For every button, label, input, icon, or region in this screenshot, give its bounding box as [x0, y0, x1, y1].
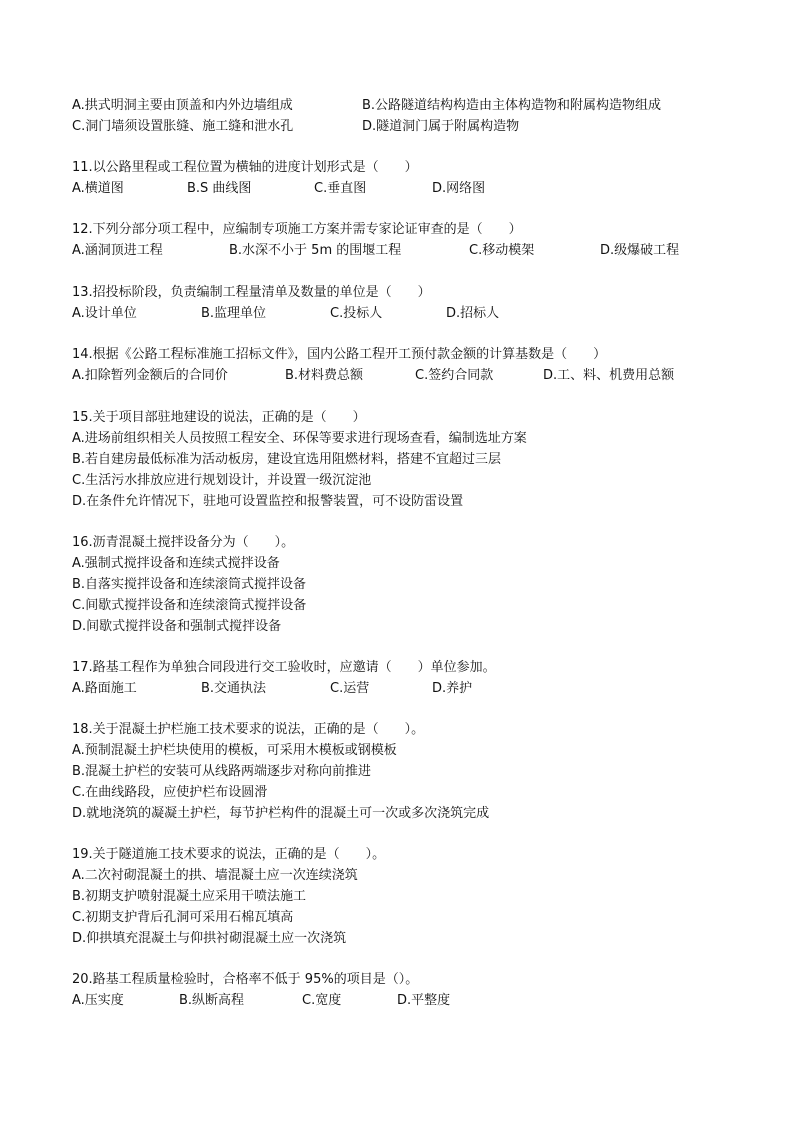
answer-option: C.间歇式搅拌设备和连续滚筒式搅拌设备 [72, 598, 306, 614]
answer-option: B.初期支护喷射混凝土应采用干喷法施工 [72, 889, 306, 905]
answer-option: A.涵洞顶进工程 [72, 243, 163, 259]
question-stem: 14.根据《公路工程标准施工招标文件》，国内公路工程开工预付款金额的计算基数是（… [72, 347, 606, 363]
answer-option: A.预制混凝土护栏块使用的模板，可采用木模板或钢模板 [72, 743, 397, 759]
question-stem: 13.招投标阶段，负责编制工程量清单及数量的单位是（ ） [72, 285, 431, 301]
question-stem: 12.下列分部分项工程中，应编制专项施工方案并需专家论证审查的是（ ） [72, 222, 522, 238]
answer-option: A.强制式搅拌设备和连续式搅拌设备 [72, 556, 280, 572]
question-stem: 15.关于项目部驻地建设的说法，正确的是（ ） [72, 410, 366, 426]
question-stem: 19.关于隧道施工技术要求的说法，正确的是（ ）。 [72, 847, 385, 863]
answer-option: C.垂直图 [314, 181, 366, 197]
answer-option: C.移动模架 [469, 243, 534, 259]
answer-option: B.混凝土护栏的安装可从线路两端逐步对称向前推进 [72, 764, 371, 780]
answer-option: A.压实度 [72, 993, 124, 1009]
answer-option: B.纵断高程 [179, 993, 244, 1009]
answer-option: B.自落实搅拌设备和连续滚筒式搅拌设备 [72, 577, 306, 593]
answer-option: A.进场前组织相关人员按照工程安全、环保等要求进行现场查看，编制选址方案 [72, 431, 527, 447]
answer-option: D.就地浇筑的凝凝土护栏，每节护栏构件的混凝土可一次或多次浇筑完成 [72, 806, 489, 822]
question-stem: 16.沥青混凝土搅拌设备分为（ ）。 [72, 535, 294, 551]
answer-option: D.工、料、机费用总额 [543, 368, 674, 384]
answer-option: A.扣除暂列金额后的合同价 [72, 368, 228, 384]
question-stem: 17.路基工程作为单独合同段进行交工验收时，应邀请（ ）单位参加。 [72, 660, 496, 676]
answer-option: D.招标人 [446, 306, 499, 322]
question-stem: 20.路基工程质量检验时，合格率不低于 95%的项目是（）。 [72, 972, 418, 988]
answer-option: A.二次衬砌混凝土的拱、墙混凝土应一次连续浇筑 [72, 868, 358, 884]
answer-option: C.宽度 [302, 993, 341, 1009]
answer-option: A.设计单位 [72, 306, 137, 322]
answer-option: A.横道图 [72, 181, 124, 197]
answer-option: D.网络图 [432, 181, 485, 197]
question-stem: 18.关于混凝土护栏施工技术要求的说法，正确的是（ ）。 [72, 722, 424, 738]
question-stem: 11.以公路里程或工程位置为横轴的进度计划形式是（ ） [72, 160, 418, 176]
answer-option: D.级爆破工程 [600, 243, 679, 259]
answer-option: D.平整度 [397, 993, 450, 1009]
answer-option: B.监理单位 [201, 306, 266, 322]
answer-option: B.S 曲线图 [187, 181, 251, 197]
answer-option: A.路面施工 [72, 681, 137, 697]
answer-option: D.在条件允许情况下，驻地可设置监控和报警装置，可不设防雷设置 [72, 494, 463, 510]
answer-option: D.仰拱填充混凝土与仰拱衬砌混凝土应一次浇筑 [72, 931, 346, 947]
answer-option: C.投标人 [330, 306, 382, 322]
answer-option: B.公路隧道结构构造由主体构造物和附属构造物组成 [362, 98, 661, 114]
answer-option: D.隧道洞门属于附属构造物 [362, 119, 519, 135]
answer-option: B.交通执法 [201, 681, 266, 697]
answer-option: C.运营 [330, 681, 369, 697]
answer-option: B.若自建房最低标准为活动板房，建设宜选用阻燃材料，搭建不宜超过三层 [72, 452, 501, 468]
answer-option: D.间歇式搅拌设备和强制式搅拌设备 [72, 619, 281, 635]
answer-option: C.在曲线路段，应使护栏布设圆滑 [72, 785, 267, 801]
answer-option: C.初期支护背后孔洞可采用石棉瓦填高 [72, 910, 293, 926]
answer-option: A.拱式明洞主要由顶盖和内外边墙组成 [72, 98, 293, 114]
answer-option: D.养护 [432, 681, 472, 697]
answer-option: B.水深不小于 5m 的围堰工程 [229, 243, 401, 259]
answer-option: C.洞门墙须设置胀缝、施工缝和泄水孔 [72, 119, 293, 135]
answer-option: C.生活污水排放应进行规划设计，并设置一级沉淀池 [72, 473, 371, 489]
answer-option: C.签约合同款 [415, 368, 493, 384]
answer-option: B.材料费总额 [285, 368, 363, 384]
